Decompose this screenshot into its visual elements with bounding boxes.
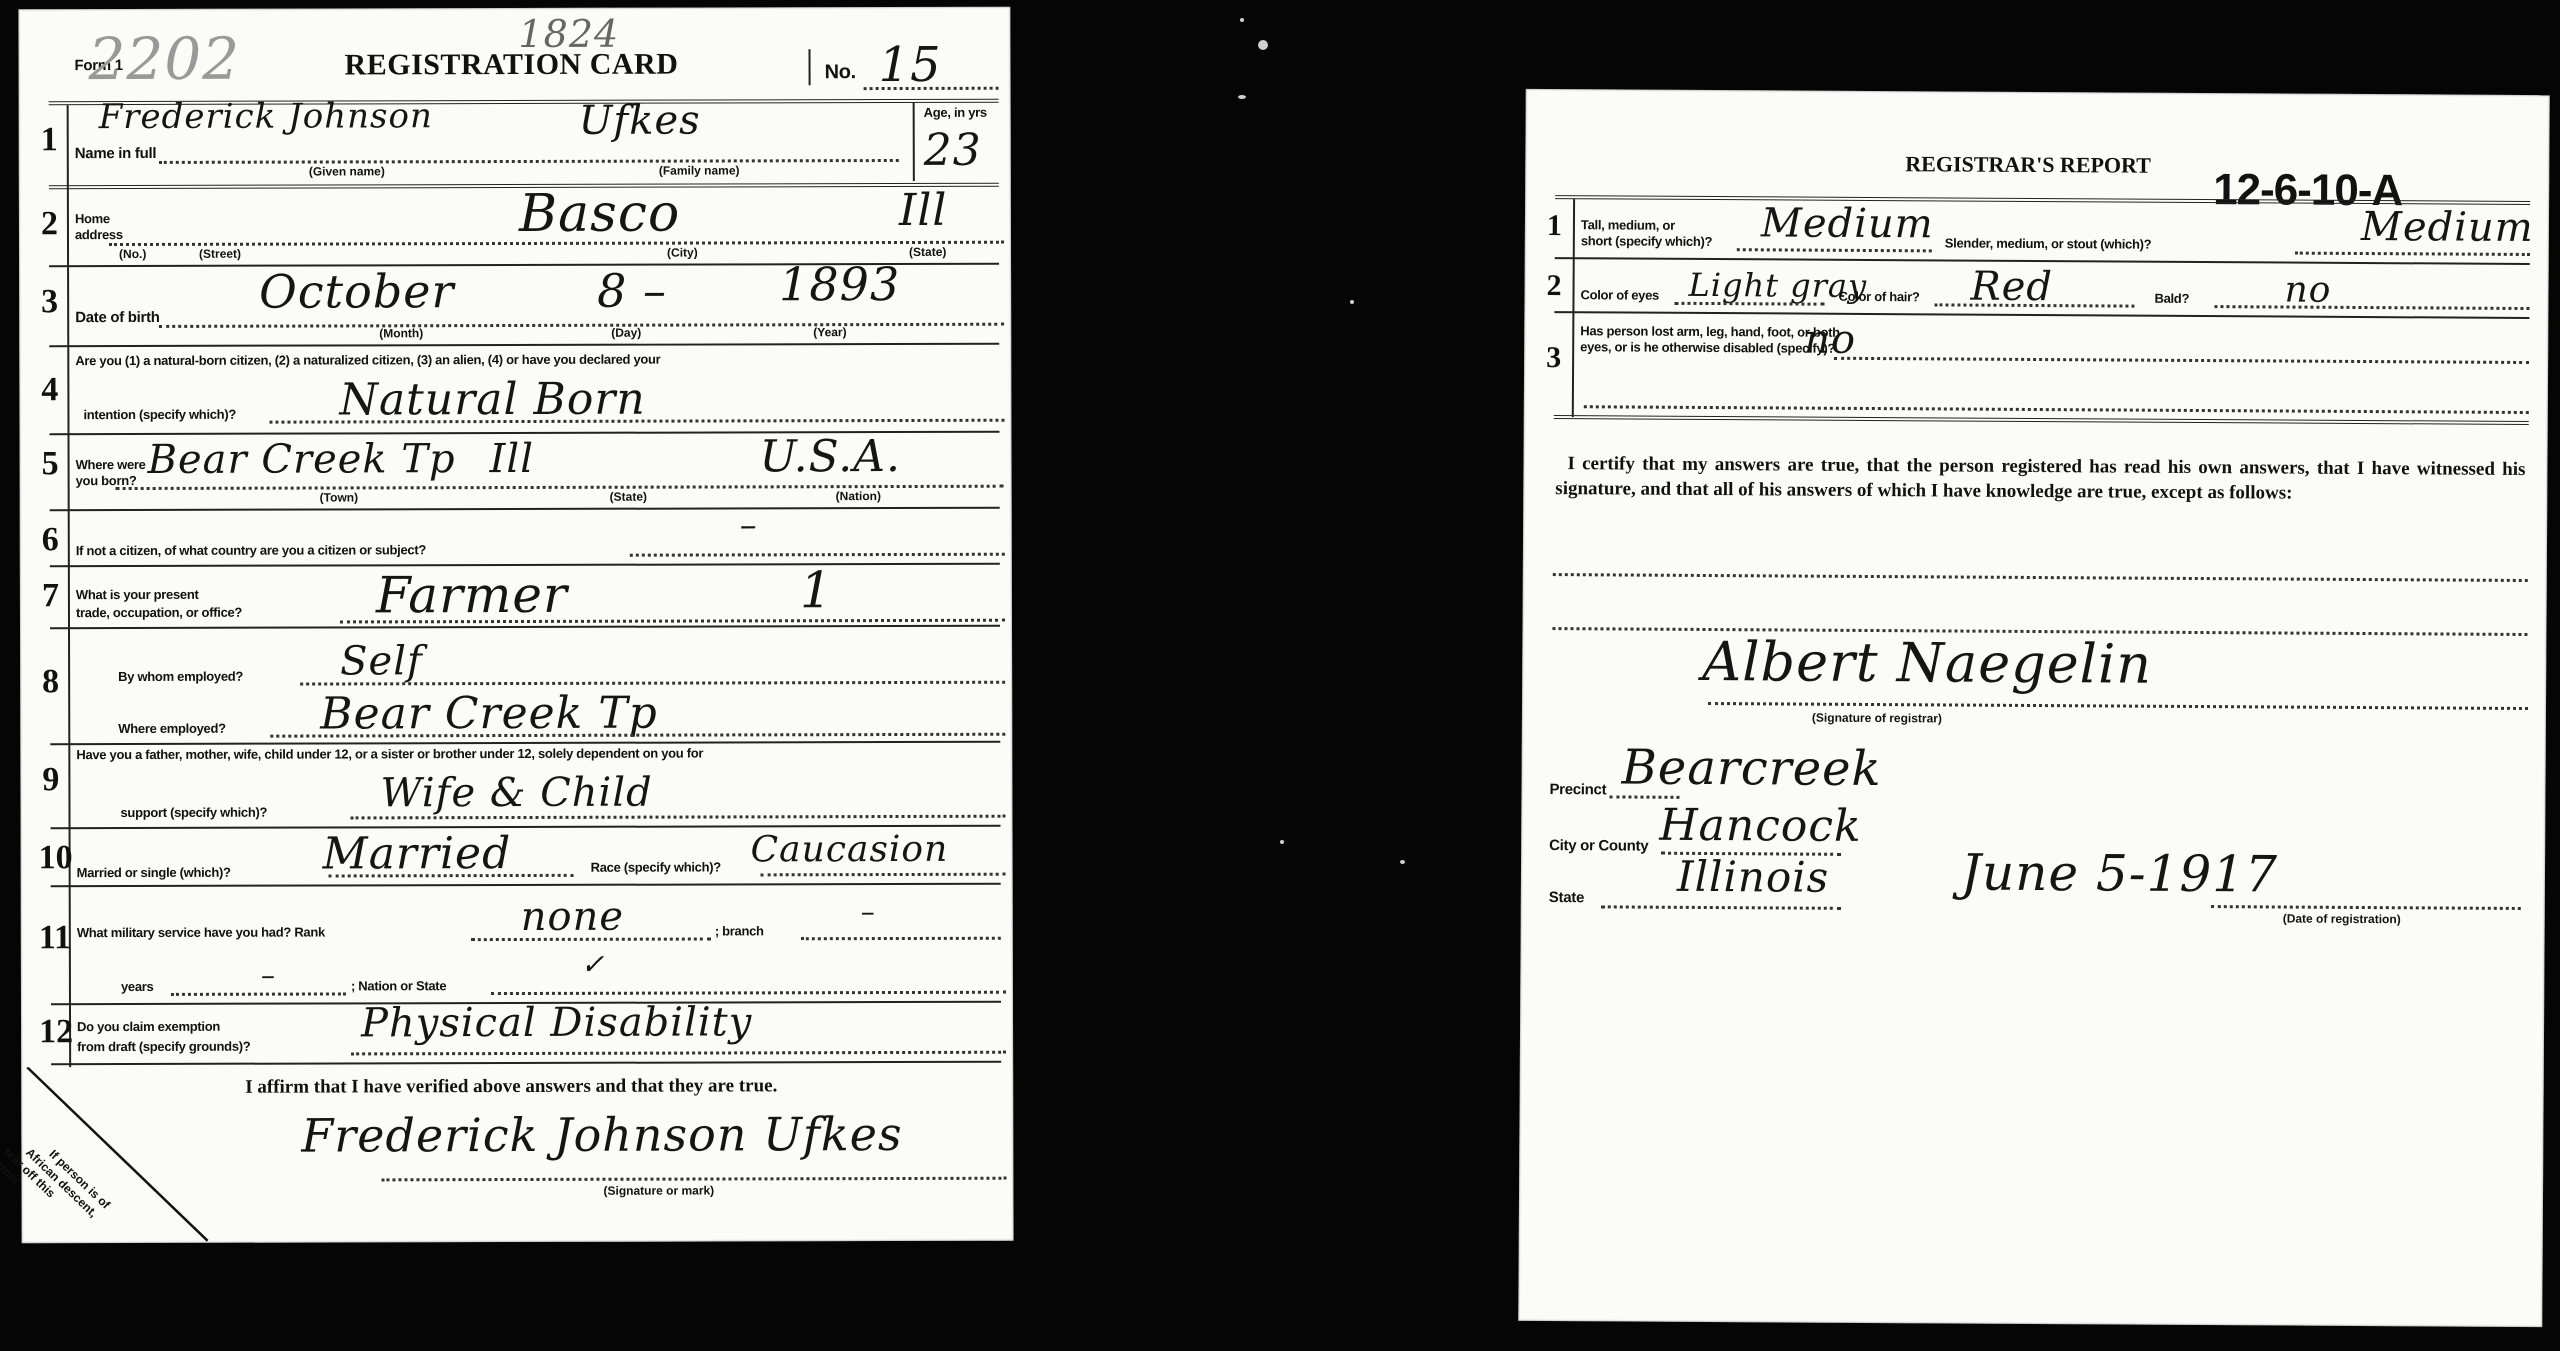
label: years xyxy=(121,979,154,994)
citizen-of-value: – xyxy=(740,505,758,545)
state-value: Illinois xyxy=(1677,852,1830,902)
certification-text: I certify that my answers are true, that… xyxy=(1555,451,2525,507)
military-nation-value: ✓ xyxy=(581,948,606,981)
label: Bald? xyxy=(2154,291,2189,306)
registrars-report-card: REGISTRAR'S REPORT 12-6-10-A 1 Tall, med… xyxy=(1518,89,2550,1327)
build-value: Medium xyxy=(2361,204,2534,251)
state-label: State xyxy=(1549,889,1584,906)
hint: (Street) xyxy=(199,247,241,261)
label: address xyxy=(75,227,123,242)
label: What is your present xyxy=(76,587,199,602)
registrar-signature: Albert Naegelin xyxy=(1702,630,2152,696)
question: Are you (1) a natural-born citizen, (2) … xyxy=(75,352,660,369)
film-speck xyxy=(1240,18,1244,22)
hint: (State) xyxy=(610,490,647,504)
dependents-value: Wife & Child xyxy=(380,770,652,817)
label: ; Nation or State xyxy=(351,978,446,993)
row-number: 2 xyxy=(41,205,58,243)
row-number: 3 xyxy=(41,283,58,321)
state-value: Ill xyxy=(899,185,948,236)
label: Color of eyes xyxy=(1580,287,1659,302)
precinct-label: Precinct xyxy=(1549,781,1606,798)
race-value: Caucasion xyxy=(751,829,949,871)
label: intention (specify which)? xyxy=(83,407,236,422)
film-speck xyxy=(1280,840,1284,844)
question: Have you a father, mother, wife, child u… xyxy=(76,746,703,763)
hint: (Month) xyxy=(379,326,423,340)
row-number: 10 xyxy=(39,839,73,877)
registration-date-value: June 5-1917 xyxy=(1961,844,2278,904)
birth-town-value: Bear Creek Tp xyxy=(148,436,456,483)
handwritten-serial: 2202 xyxy=(88,25,240,93)
number-value: 15 xyxy=(878,37,941,93)
label: support (specify which)? xyxy=(120,805,267,820)
row-number: 11 xyxy=(39,919,71,957)
film-speck xyxy=(1258,40,1268,50)
row-number: 6 xyxy=(42,521,59,559)
label: you born? xyxy=(76,473,137,488)
row-number: 4 xyxy=(41,371,58,409)
exemption-value: Physical Disability xyxy=(361,999,752,1046)
name-label: Name in full xyxy=(75,145,156,162)
row-number: 5 xyxy=(42,445,59,483)
age-label: Age, in yrs xyxy=(924,105,987,120)
citizenship-value: Natural Born xyxy=(339,374,645,426)
row-number: 2 xyxy=(1546,269,1561,303)
label: Slender, medium, or stout (which)? xyxy=(1945,235,2152,251)
row-number: 1 xyxy=(1547,209,1562,243)
label: Date of birth xyxy=(75,309,159,326)
label: Color of hair? xyxy=(1838,289,1919,304)
birth-nation-value: U.S.A. xyxy=(759,431,900,482)
label: By whom employed? xyxy=(118,669,243,684)
employer-value: Self xyxy=(340,638,423,684)
county-value: Hancock xyxy=(1659,800,1862,852)
registration-date-hint: (Date of registration) xyxy=(2283,912,2401,927)
hint: (Town) xyxy=(320,490,358,504)
hint: (Day) xyxy=(611,326,641,340)
label: Tall, medium, or xyxy=(1581,217,1675,233)
hint: (State) xyxy=(909,245,946,259)
label: If not a citizen, of what country are yo… xyxy=(76,542,426,558)
label: eyes, or is he otherwise disabled (speci… xyxy=(1580,339,1835,356)
film-speck xyxy=(1400,860,1405,864)
number-label: No. xyxy=(825,61,856,84)
row-number: 3 xyxy=(1546,341,1561,375)
city-value: Basco xyxy=(519,184,681,244)
occupation-mark: 1 xyxy=(800,561,833,619)
birth-year-value: 1893 xyxy=(779,257,900,311)
hint: (Year) xyxy=(813,325,846,339)
card-title: REGISTRATION CARD xyxy=(344,48,678,83)
registrar-signature-hint: (Signature of registrar) xyxy=(1812,711,1942,726)
row-number: 9 xyxy=(42,761,59,799)
occupation-value: Farmer xyxy=(376,566,568,625)
birth-day-value: 8 – xyxy=(597,264,667,318)
label: Where were xyxy=(76,457,146,472)
film-speck xyxy=(1350,300,1354,304)
label: Has person lost arm, leg, hand, foot, or… xyxy=(1580,323,1840,340)
military-rank-value: none xyxy=(521,894,624,940)
birth-month-value: October xyxy=(259,264,454,319)
family-name-value: Ufkes xyxy=(579,98,701,144)
hint: (Family name) xyxy=(659,163,740,177)
label: Race (specify which)? xyxy=(591,859,721,874)
hint: (No.) xyxy=(119,247,146,261)
row-number: 7 xyxy=(42,577,59,615)
military-years-value: – xyxy=(261,959,276,992)
row-number: 1 xyxy=(41,121,58,159)
employer-location-value: Bear Creek Tp xyxy=(320,688,658,740)
label: ; branch xyxy=(715,923,764,938)
military-branch-value: – xyxy=(861,895,876,928)
row-number: 12 xyxy=(39,1013,73,1051)
label: Do you claim exemption xyxy=(77,1019,220,1034)
hint: (Nation) xyxy=(836,489,881,503)
label: Married or single (which)? xyxy=(77,865,231,880)
report-title: REGISTRAR'S REPORT xyxy=(1905,151,2151,178)
hint: (City) xyxy=(667,246,698,260)
county-label: City or County xyxy=(1549,837,1648,855)
row-number: 8 xyxy=(42,663,59,701)
registration-card: Form 1 2202 1824 REGISTRATION CARD No. 1… xyxy=(18,7,1013,1244)
label: Home xyxy=(75,211,110,226)
label: short (specify which)? xyxy=(1581,233,1712,249)
label: Where employed? xyxy=(118,721,226,736)
given-name-value: Frederick Johnson xyxy=(99,96,433,137)
height-value: Medium xyxy=(1761,200,1934,247)
label: What military service have you had? Rank xyxy=(77,925,325,941)
age-value: 23 xyxy=(924,125,982,176)
film-speck xyxy=(1238,95,1246,99)
marital-status-value: Married xyxy=(323,828,512,879)
label: trade, occupation, or office? xyxy=(76,605,242,620)
affirmation-text: I affirm that I have verified above answ… xyxy=(245,1075,777,1098)
signature-hint: (Signature or mark) xyxy=(603,1183,714,1197)
registrant-signature: Frederick Johnson Ufkes xyxy=(301,1107,902,1163)
birth-state-value: Ill xyxy=(490,436,535,482)
precinct-value: Bearcreek xyxy=(1621,739,1881,797)
hint: (Given name) xyxy=(309,164,385,178)
label: from draft (specify grounds)? xyxy=(77,1039,250,1054)
